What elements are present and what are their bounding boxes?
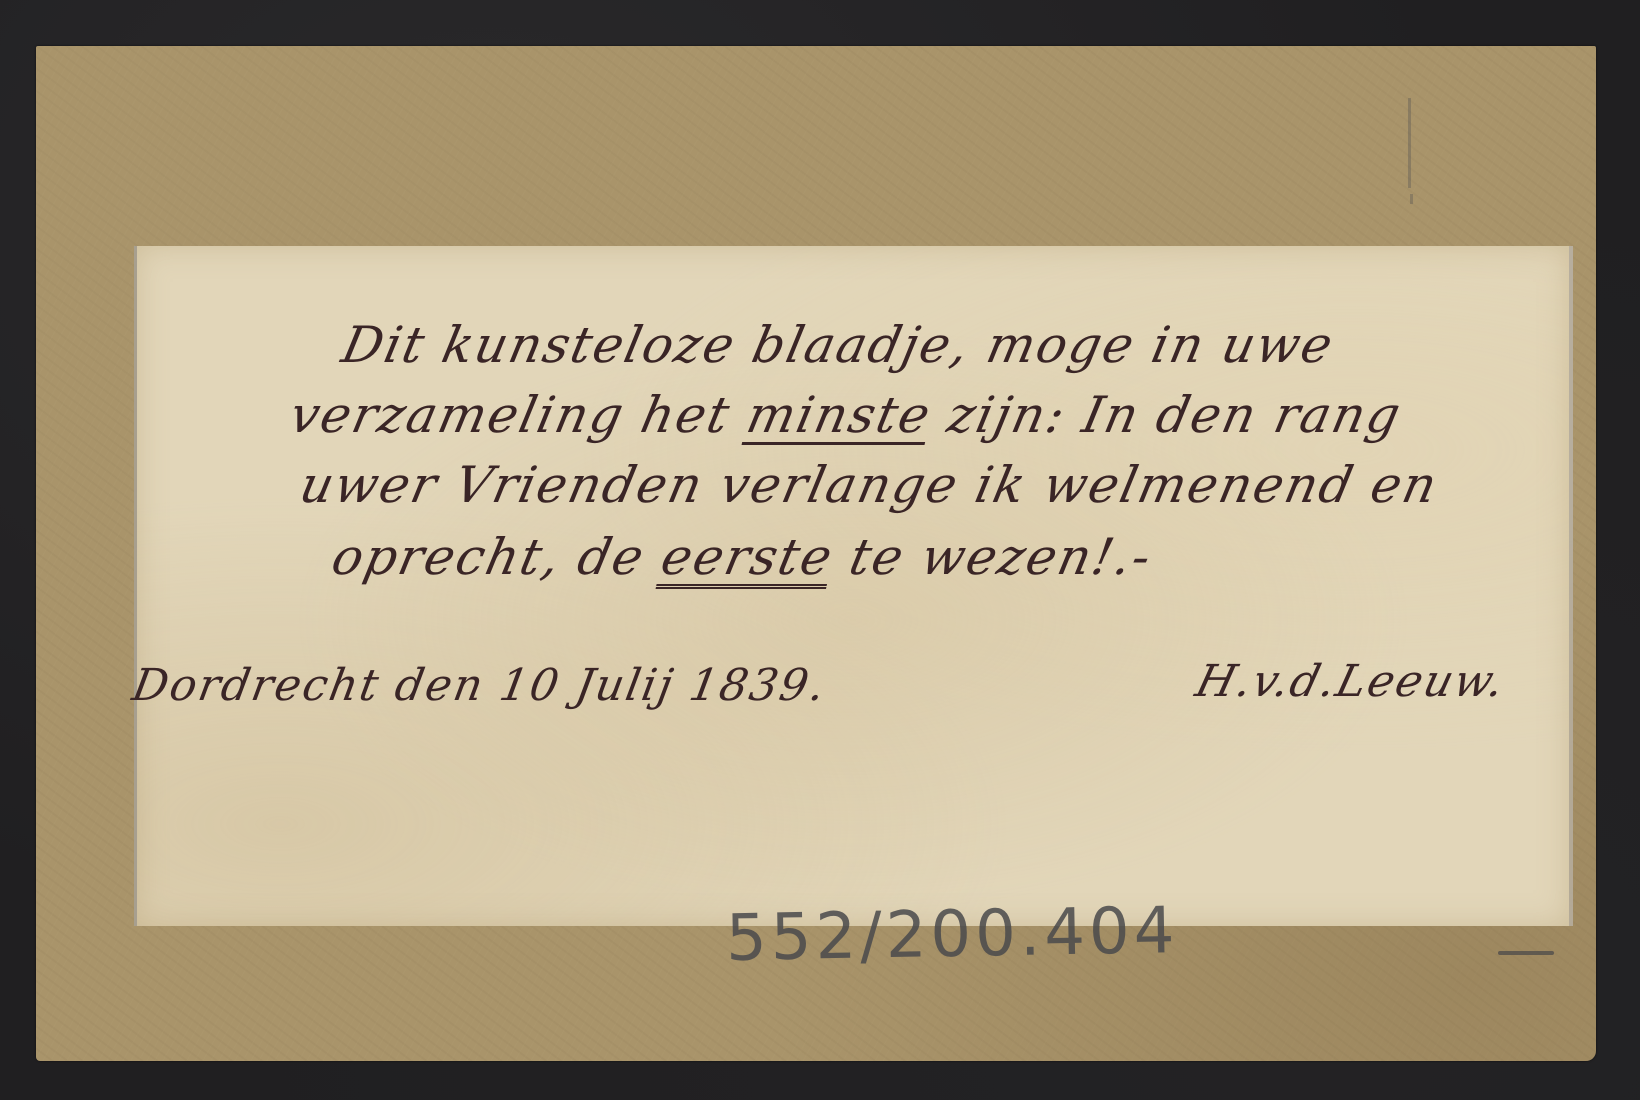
inscription-text: oprecht, de (327, 528, 669, 586)
inscription-text: Dit kunsteloze blaadje, moge in uwe (337, 316, 1340, 374)
signature: H.v.d.Leeuw. (1191, 656, 1512, 707)
pencil-inventory-number: 552/200.404 (725, 894, 1179, 976)
inscription-line-1: Dit kunsteloze blaadje, moge in uwe (337, 316, 1340, 374)
pencil-dash-mark (1498, 951, 1554, 955)
inscription-text: uwer Vrienden verlange ik welmenend en (295, 456, 1444, 514)
underlined-word-eerste: eerste (656, 528, 839, 586)
inscription-text: zijn: In den rang (925, 386, 1407, 444)
mount-card: Dit kunsteloze blaadje, moge in uwe verz… (36, 46, 1596, 1061)
inscription-line-4: oprecht, de eerste te wezen!.- (327, 528, 1158, 586)
underlined-word-minste: minste (742, 386, 937, 444)
pencil-guide-mark (1408, 98, 1411, 188)
inscription-line-2: verzameling het minste zijn: In den rang (285, 386, 1407, 444)
pencil-guide-mark (1410, 194, 1413, 204)
inscription-line-3: uwer Vrienden verlange ik welmenend en (295, 456, 1444, 514)
inscription-text: te wezen!.- (827, 528, 1158, 586)
inscription-text: verzameling het (285, 386, 754, 444)
handwritten-leaf: Dit kunsteloze blaadje, moge in uwe verz… (134, 246, 1573, 926)
place-and-date: Dordrecht den 10 Julij 1839. (129, 660, 831, 711)
